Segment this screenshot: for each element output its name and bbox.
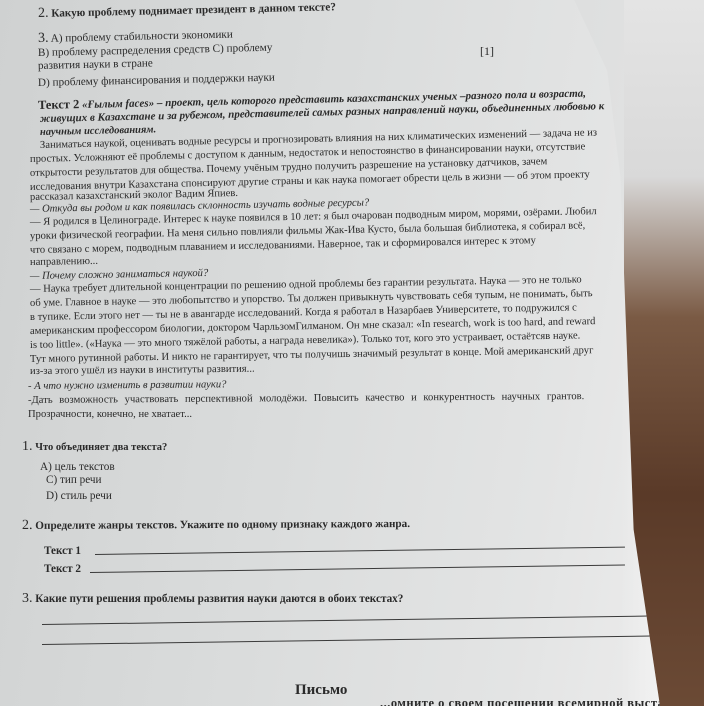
task-2-label-text2: Текст 2 [44, 563, 81, 576]
interview-answer-line: Прозрачности, конечно, не хватает... [28, 408, 192, 421]
task-1-question: 1. Что объединяет два текста? [22, 440, 167, 454]
prev-option-b-cont: развития науки в стране [38, 57, 153, 73]
prev-mark: [1] [480, 44, 494, 59]
prev-question-2: 2. Какую проблему поднимает президент в … [38, 0, 336, 21]
interview-answer-line: -Дать возможность участвовать перспектив… [28, 390, 584, 407]
worksheet-page: 2. Какую проблему поднимает президент в … [0, 0, 660, 706]
prev-option-d: D) проблему финансирования и поддержки н… [38, 72, 275, 90]
task-1-option-a: A) цель текстов [40, 461, 115, 474]
task-1-option-c: C) тип речи [46, 474, 102, 487]
answer-line-text1[interactable] [95, 547, 625, 555]
task-1-option-d: D) стиль речи [46, 490, 112, 503]
task-3-question: 3. Какие пути решения проблемы развития … [22, 592, 403, 606]
answer-line-task3[interactable] [42, 635, 662, 645]
interview-answer-line: направлению... [30, 255, 98, 269]
interview-answer-line: из-за этого ушёл из науки в институты ра… [30, 363, 255, 378]
answer-line-text2[interactable] [90, 565, 625, 573]
section-title-letter: Письмо [295, 682, 347, 699]
interview-question: - А что нужно изменить в развитии науки? [28, 378, 227, 393]
task-2-question: 2. Определите жанры текстов. Укажите по … [22, 517, 410, 533]
task-2-label-text1: Текст 1 [44, 545, 81, 558]
answer-line-task3[interactable] [42, 615, 662, 625]
letter-partial-line: ...омните о своем посещении всемирной вы… [380, 697, 687, 706]
